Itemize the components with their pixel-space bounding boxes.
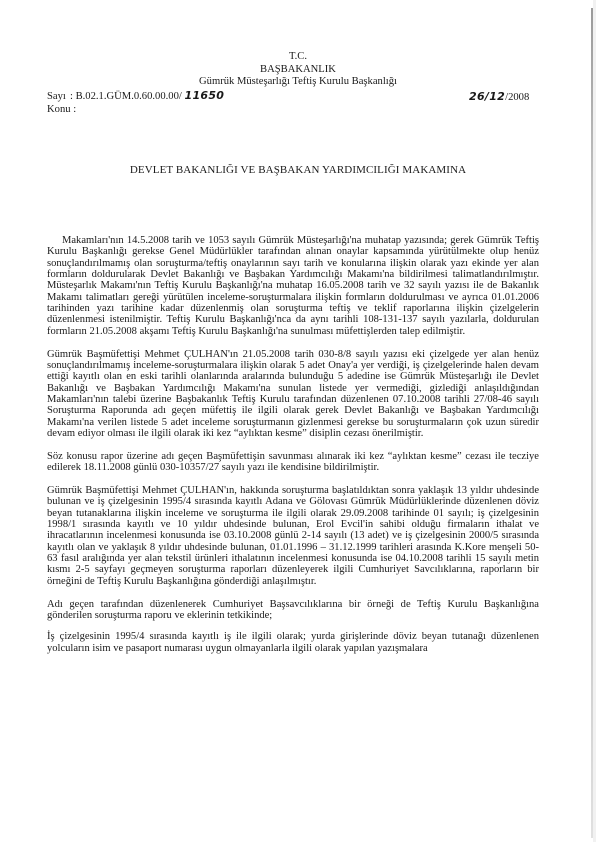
letterhead-tc: T.C. xyxy=(0,51,596,64)
paragraph-1: Makamları'nın 14.5.2008 tarih ve 1053 sa… xyxy=(47,235,539,337)
subject-line: Konu : xyxy=(47,104,224,117)
date-handwritten: 26/12 xyxy=(469,90,505,103)
document-meta: Sayı: B.02.1.GÜM.0.60.00.00/ 11650 Konu … xyxy=(47,90,224,116)
letterhead-department: Gümrük Müsteşarlığı Teftiş Kurulu Başkan… xyxy=(0,76,596,89)
document-date: 26/12/2008 xyxy=(469,90,529,103)
reference-value: : B.02.1.GÜM.0.60.00.00/ xyxy=(70,91,184,102)
paragraph-3: Söz konusu rapor üzerine adı geçen Başmü… xyxy=(47,451,539,474)
addressee-heading: DEVLET BAKANLIĞI VE BAŞBAKAN YARDIMCILIĞ… xyxy=(0,164,596,176)
scan-edge-shadow xyxy=(591,8,593,838)
reference-label: Sayı xyxy=(47,91,70,104)
paragraph-2: Gümrük Başmüfettişi Mehmet ÇULHAN'ın 21.… xyxy=(47,349,539,440)
paragraph-6: İş çizelgesinin 1995/4 sırasında kayıtlı… xyxy=(47,631,539,654)
letterhead-institution: BAŞBAKANLIK xyxy=(0,64,596,77)
subject-label: Konu : xyxy=(47,104,76,115)
paragraph-4: Gümrük Başmüfettişi Mehmet ÇULHAN'ın, ha… xyxy=(47,485,539,587)
letterhead: T.C. BAŞBAKANLIK Gümrük Müsteşarlığı Tef… xyxy=(0,51,596,89)
reference-number-line: Sayı: B.02.1.GÜM.0.60.00.00/ 11650 xyxy=(47,90,224,104)
date-year: /2008 xyxy=(505,92,529,103)
paragraph-5: Adı geçen tarafından düzenlenerek Cumhur… xyxy=(47,599,539,622)
reference-handwritten-number: 11650 xyxy=(184,89,224,102)
letter-body: Makamları'nın 14.5.2008 tarih ve 1053 sa… xyxy=(47,235,539,666)
